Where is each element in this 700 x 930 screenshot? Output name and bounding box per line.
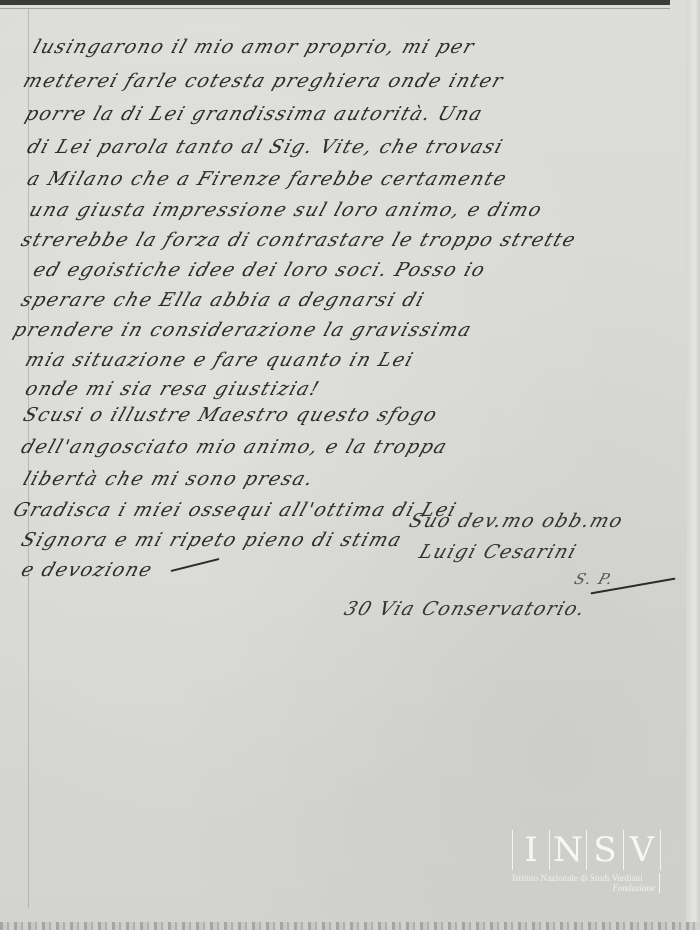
signature-name: Luigi Cesarini (416, 541, 580, 563)
letter-line: lusingarono il mio amor proprio, mi per (30, 36, 478, 58)
signature-initials: S. P. (572, 570, 616, 588)
watermark-caption: Istituto Nazionale di Studi Verdiani Fon… (512, 873, 660, 893)
sender-address: 30 Via Conservatorio. (341, 598, 588, 620)
insv-watermark-logo: I N S V Istituto Nazionale di Studi Verd… (512, 830, 662, 900)
letter-line: porre la di Lei grandissima autorità. Un… (22, 103, 486, 125)
watermark-letter: N (550, 830, 587, 870)
watermark-foundation: Fondazione (512, 883, 659, 893)
letter-line: prendere in considerazione la gravissima (10, 319, 475, 341)
closing-salutation: Suo dev.mo obb.mo (406, 510, 626, 532)
letter-line: Signora e mi ripeto pieno di stima (18, 529, 405, 551)
watermark-letter: I (513, 830, 550, 870)
watermark-institution: Istituto Nazionale di Studi Verdiani (512, 873, 659, 883)
letter-line: sperare che Ella abbia a degnarsi di (18, 289, 427, 311)
closing-flourish (171, 558, 220, 572)
letter-line: e devozione (18, 559, 156, 581)
letter-line: di Lei parola tanto al Sig. Vite, che tr… (24, 136, 506, 158)
letter-line: mia situazione e fare quanto in Lei (22, 349, 417, 371)
letter-line: metterei farle cotesta preghiera onde in… (20, 70, 506, 92)
letter-line: ed egoistiche idee dei loro soci. Posso … (30, 259, 488, 281)
letter-line: una giusta impressione sul loro animo, e… (26, 199, 545, 221)
letter-line: strerebbe la forza di contrastare le tro… (18, 229, 579, 251)
watermark-letters: I N S V (512, 830, 662, 870)
watermark-letter: S (587, 830, 624, 870)
manuscript-page: lusingarono il mio amor proprio, mi per … (0, 0, 700, 930)
letter-line: Scusi o illustre Maestro questo sfogo (20, 404, 440, 426)
letter-line: onde mi sia resa giustizia! (22, 378, 323, 400)
watermark-letter: V (624, 830, 661, 870)
letter-line: libertà che mi sono presa. (20, 468, 317, 490)
letter-line: a Milano che a Firenze farebbe certament… (24, 168, 510, 190)
letter-body: lusingarono il mio amor proprio, mi per … (0, 0, 700, 930)
letter-line: Gradisca i miei ossequi all'ottima di Le… (10, 499, 460, 521)
letter-line: dell'angosciato mio animo, e la troppa (18, 436, 450, 458)
